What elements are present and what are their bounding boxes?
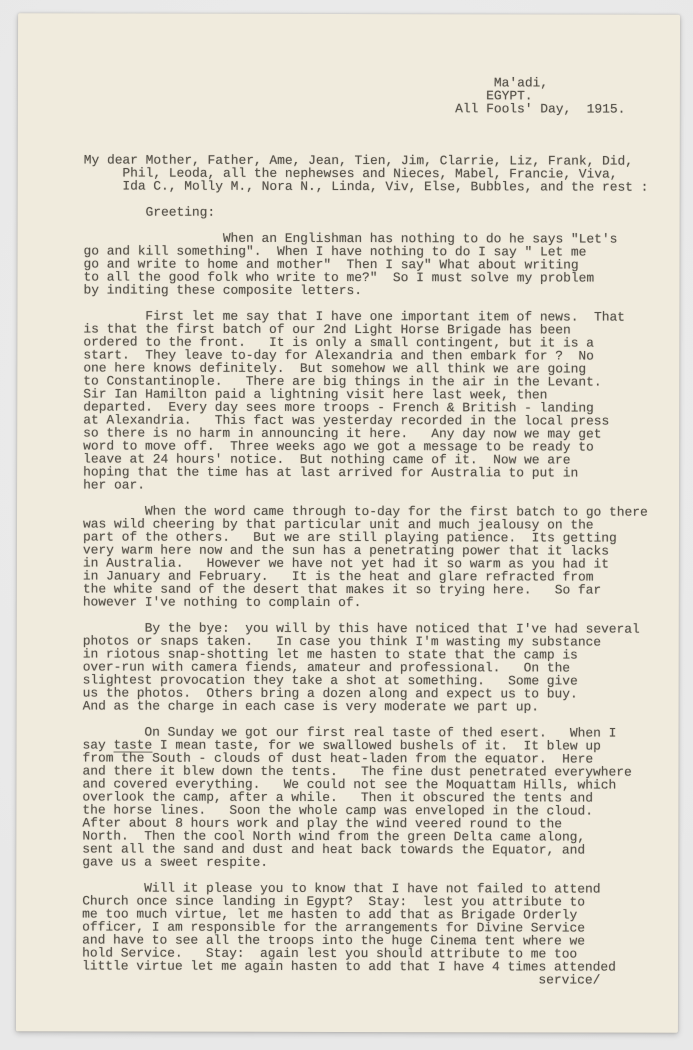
letter-page: Ma'adi, EGYPT. All Fools' Day, 1915. My … [16,13,680,1032]
paragraph-5: On Sunday we got our first real taste of… [82,725,647,869]
scan-background: { "colors": { "background": "#e8e8e8", "… [0,0,693,1050]
dateline-date: All Fools' Day, 1915. [455,102,648,115]
paragraph-3-wrap: When the word came through to-day for th… [83,504,648,609]
paragraph-4-wrap: By the bye: you will by this have notice… [83,621,648,713]
paragraph-3: When the word came through to-day for th… [83,504,648,609]
paragraph-2: First let me say that I have one importa… [83,309,648,492]
salutation: My dear Mother, Father, Ame, Jean, Tien,… [84,153,649,193]
paragraph-6: Will it please you to know that I have n… [82,881,647,973]
dateline-place: Ma'adi, [455,76,648,89]
catchword: service/ [82,972,647,986]
paragraph-2-wrap: First let me say that I have one importa… [83,309,648,492]
paragraph-5-wrap: On Sunday we got our first real taste of… [82,725,647,869]
paragraph-1: When an Englishman has nothing to do he … [83,231,648,297]
paragraph-6-wrap: Will it please you to know that I have n… [82,881,647,973]
dateline: Ma'adi, EGYPT. All Fools' Day, 1915. [455,76,648,115]
paragraph-1-wrap: When an Englishman has nothing to do he … [83,231,648,297]
greeting: Greeting: [84,205,649,219]
letter-body: Ma'adi, EGYPT. All Fools' Day, 1915. My … [82,75,649,986]
paragraph-4: By the bye: you will by this have notice… [83,621,648,713]
